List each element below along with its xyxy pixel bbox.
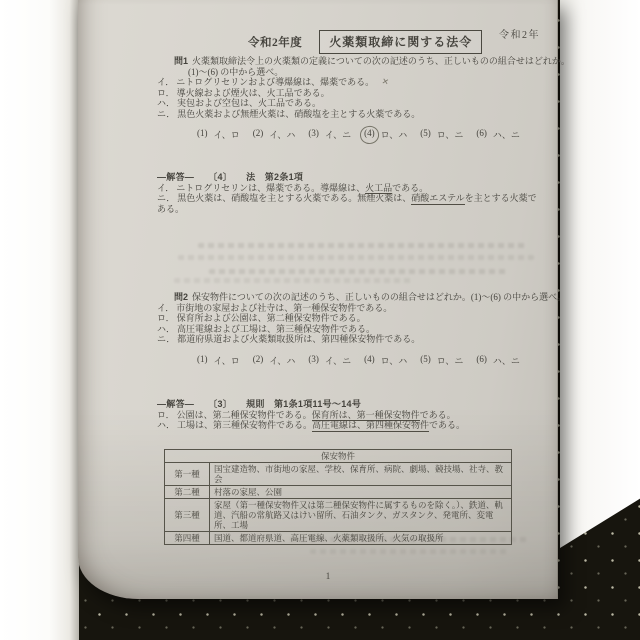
- question-1-item-i: イ．ニトログリセリンおよび導爆線は、爆薬である。×: [157, 77, 570, 88]
- answer-1-line-ni: ニ．黒色火薬は、硝酸塩を主とする火薬である。無煙火薬は、硝酸エステルを主とする火…: [157, 193, 541, 214]
- pencil-cross-mark: ×: [381, 77, 389, 89]
- tier-2-items: 村落の家屋、公園: [210, 486, 512, 499]
- option-2: (2)イ、ハ: [253, 128, 296, 141]
- tier-3-label: 第三種: [165, 499, 210, 532]
- option-2: (2)イ、ハ: [253, 354, 296, 367]
- question-2-item-ro: ロ．保育所および公園は、第二種保安物件である。: [157, 313, 566, 324]
- page-number: 1: [248, 571, 408, 581]
- showthrough-line: [174, 278, 412, 283]
- option-4-circled: (4)ロ、ハ: [364, 128, 407, 141]
- question-1-options-row: (1)イ、ロ (2)イ、ハ (3)イ、ニ (4)ロ、ハ (5)ロ、ニ (6)ハ、…: [197, 128, 533, 141]
- option-3: (3)イ、ニ: [308, 128, 351, 141]
- question-1-prompt: 問1火薬類取締法令上の火薬類の定義についての次の記述のうち、正しいものの組合せは…: [157, 56, 570, 67]
- table-row: 第二種 村落の家屋、公園: [165, 486, 512, 499]
- question-1-item-ha: ハ．実包および空包は、火工品である。: [157, 98, 570, 109]
- question-2-block: 問2保安物件についての次の記述のうち、正しいものの組合せはどれか。(1)～(6)…: [157, 292, 566, 345]
- option-1: (1)イ、ロ: [197, 354, 240, 367]
- question-1-item-ro: ロ．導火線および煙火は、火工品である。: [157, 88, 570, 99]
- question-1-block: 問1火薬類取締法令上の火薬類の定義についての次の記述のうち、正しいものの組合せは…: [157, 56, 570, 120]
- book-page: 令和2年 令和2年度 火薬類取締に関する法令 問1火薬類取締法令上の火薬類の定義…: [78, 0, 558, 599]
- table-title: 保安物件: [165, 450, 512, 463]
- showthrough-line: [178, 255, 534, 260]
- showthrough-line: [310, 549, 508, 554]
- answer-1-block: ―解答―〔4〕法 第2条1項 イ．ニトログリセリンは、爆薬である。導爆線は、火工…: [157, 172, 541, 214]
- hoan-bukken-table: 保安物件 第一種 国宝建造物、市街地の家屋、学校、保育所、病院、劇場、競技場、社…: [164, 449, 512, 545]
- question-2-prompt: 問2保安物件についての次の記述のうち、正しいものの組合せはどれか。(1)～(6)…: [157, 292, 566, 303]
- page-stack-left-edge: [0, 0, 79, 640]
- showthrough-line: [290, 537, 528, 542]
- tier-4-label: 第四種: [165, 532, 210, 545]
- showthrough-line: [209, 269, 509, 274]
- tier-2-label: 第二種: [165, 486, 210, 499]
- tier-1-label: 第一種: [165, 463, 210, 486]
- answer-2-line-ro: ロ．公園は、第二種保安物件である。保育所は、第一種保安物件である。: [157, 410, 465, 421]
- table-header-row: 保安物件: [165, 450, 512, 463]
- tier-3-items: 家屋（第一種保安物件又は第二種保安物件に属するものを除く。）、鉄道、軌道、汽船の…: [210, 499, 512, 532]
- fiscal-year-label: 令和2年度: [248, 34, 302, 50]
- question-2-item-ni: ニ．都道府県道および火薬類取扱所は、第四種保安物件である。: [157, 334, 566, 345]
- question-2-item-i: イ．市街地の家屋および社寺は、第一種保安物件である。: [157, 303, 566, 314]
- table-row: 第三種 家屋（第一種保安物件又は第二種保安物件に属するものを除く。）、鉄道、軌道…: [165, 499, 512, 532]
- showthrough-line: [198, 243, 528, 248]
- answer-1-header: ―解答―〔4〕法 第2条1項: [157, 172, 541, 183]
- question-2-text: 保安物件についての次の記述のうち、正しいものの組合せはどれか。(1)～(6) の…: [192, 292, 566, 302]
- table-row: 第一種 国宝建造物、市街地の家屋、学校、保育所、病院、劇場、競技場、社寺、教会: [165, 463, 512, 486]
- question-2-options-row: (1)イ、ロ (2)イ、ハ (3)イ、ニ (4)ロ、ハ (5)ロ、ニ (6)ハ、…: [197, 354, 533, 367]
- question-1-prompt-line2: (1)～(6) の中から選べ。: [157, 67, 570, 78]
- chapter-title-box: 火薬類取締に関する法令: [319, 30, 482, 54]
- option-1: (1)イ、ロ: [197, 128, 240, 141]
- option-6: (6)ハ、ニ: [476, 128, 520, 141]
- answer-2-block: ―解答―〔3〕規則 第1条1項11号～14号 ロ．公園は、第二種保安物件である。…: [157, 399, 465, 431]
- option-5: (5)ロ、ニ: [420, 128, 463, 141]
- answer-2-line-ha: ハ．工場は、第三種保安物件である。高圧電線は、第四種保安物件である。: [157, 420, 465, 431]
- option-3: (3)イ、ニ: [308, 354, 351, 367]
- pencil-circle-mark: (4): [364, 128, 375, 141]
- question-2-number: 問2: [174, 292, 188, 302]
- tier-1-items: 国宝建造物、市街地の家屋、学校、保育所、病院、劇場、競技場、社寺、教会: [210, 463, 512, 486]
- answer-2-header: ―解答―〔3〕規則 第1条1項11号～14号: [157, 399, 465, 410]
- page-title-row: 令和2年度 火薬類取締に関する法令: [248, 30, 482, 54]
- answer-1-line-i: イ．ニトログリセリンは、爆薬である。導爆線は、火工品である。: [157, 183, 541, 194]
- option-4: (4)ロ、ハ: [364, 354, 407, 367]
- page-stack-right-edge: [560, 0, 640, 548]
- question-2-item-ha: ハ．高圧電線および工場は、第三種保安物件である。: [157, 324, 566, 335]
- question-1-number: 問1: [174, 56, 188, 66]
- option-6: (6)ハ、ニ: [476, 354, 520, 367]
- corner-year-label: 令和2年: [499, 26, 540, 41]
- option-5: (5)ロ、ニ: [420, 354, 463, 367]
- book-page-photo: 令和2年 令和2年度 火薬類取締に関する法令 問1火薬類取締法令上の火薬類の定義…: [0, 0, 640, 640]
- question-1-text: 火薬類取締法令上の火薬類の定義についての次の記述のうち、正しいものの組合せはどれ…: [192, 56, 570, 66]
- question-1-item-ni: ニ．黒色火薬および無煙火薬は、硝酸塩を主とする火薬である。: [157, 109, 570, 120]
